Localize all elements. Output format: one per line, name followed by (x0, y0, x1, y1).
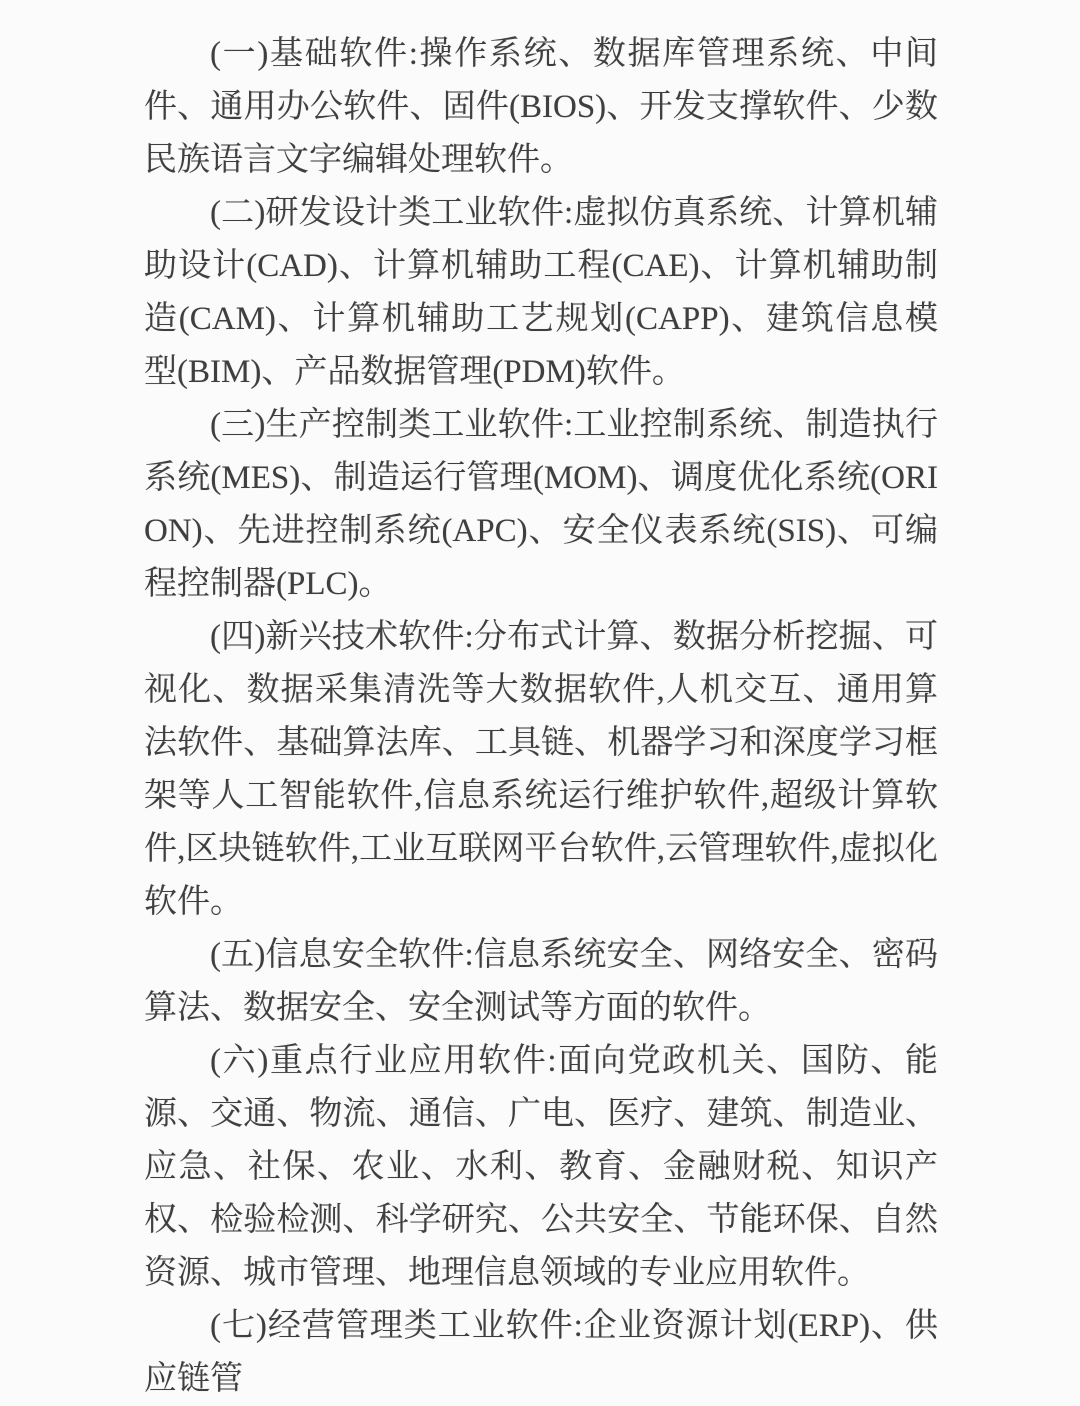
list-item-4: (四)新兴技术软件:分布式计算、数据分析挖掘、可视化、数据采集清洗等大数据软件,… (144, 611, 938, 929)
list-item-6: (六)重点行业应用软件:面向党政机关、国防、能源、交通、物流、通信、广电、医疗、… (144, 1035, 938, 1239)
document-page: (一)基础软件:操作系统、数据库管理系统、中间件、通用办公软件、固件(BIOS)… (144, 28, 938, 1239)
list-item-5: (五)信息安全软件:信息系统安全、网络安全、密码算法、数据安全、安全测试等方面的… (144, 929, 938, 1035)
list-item-2: (二)研发设计类工业软件:虚拟仿真系统、计算机辅助设计(CAD)、计算机辅助工程… (144, 187, 938, 399)
list-item-1: (一)基础软件:操作系统、数据库管理系统、中间件、通用办公软件、固件(BIOS)… (144, 28, 938, 187)
list-item-3: (三)生产控制类工业软件:工业控制系统、制造执行系统(MES)、制造运行管理(M… (144, 399, 938, 611)
